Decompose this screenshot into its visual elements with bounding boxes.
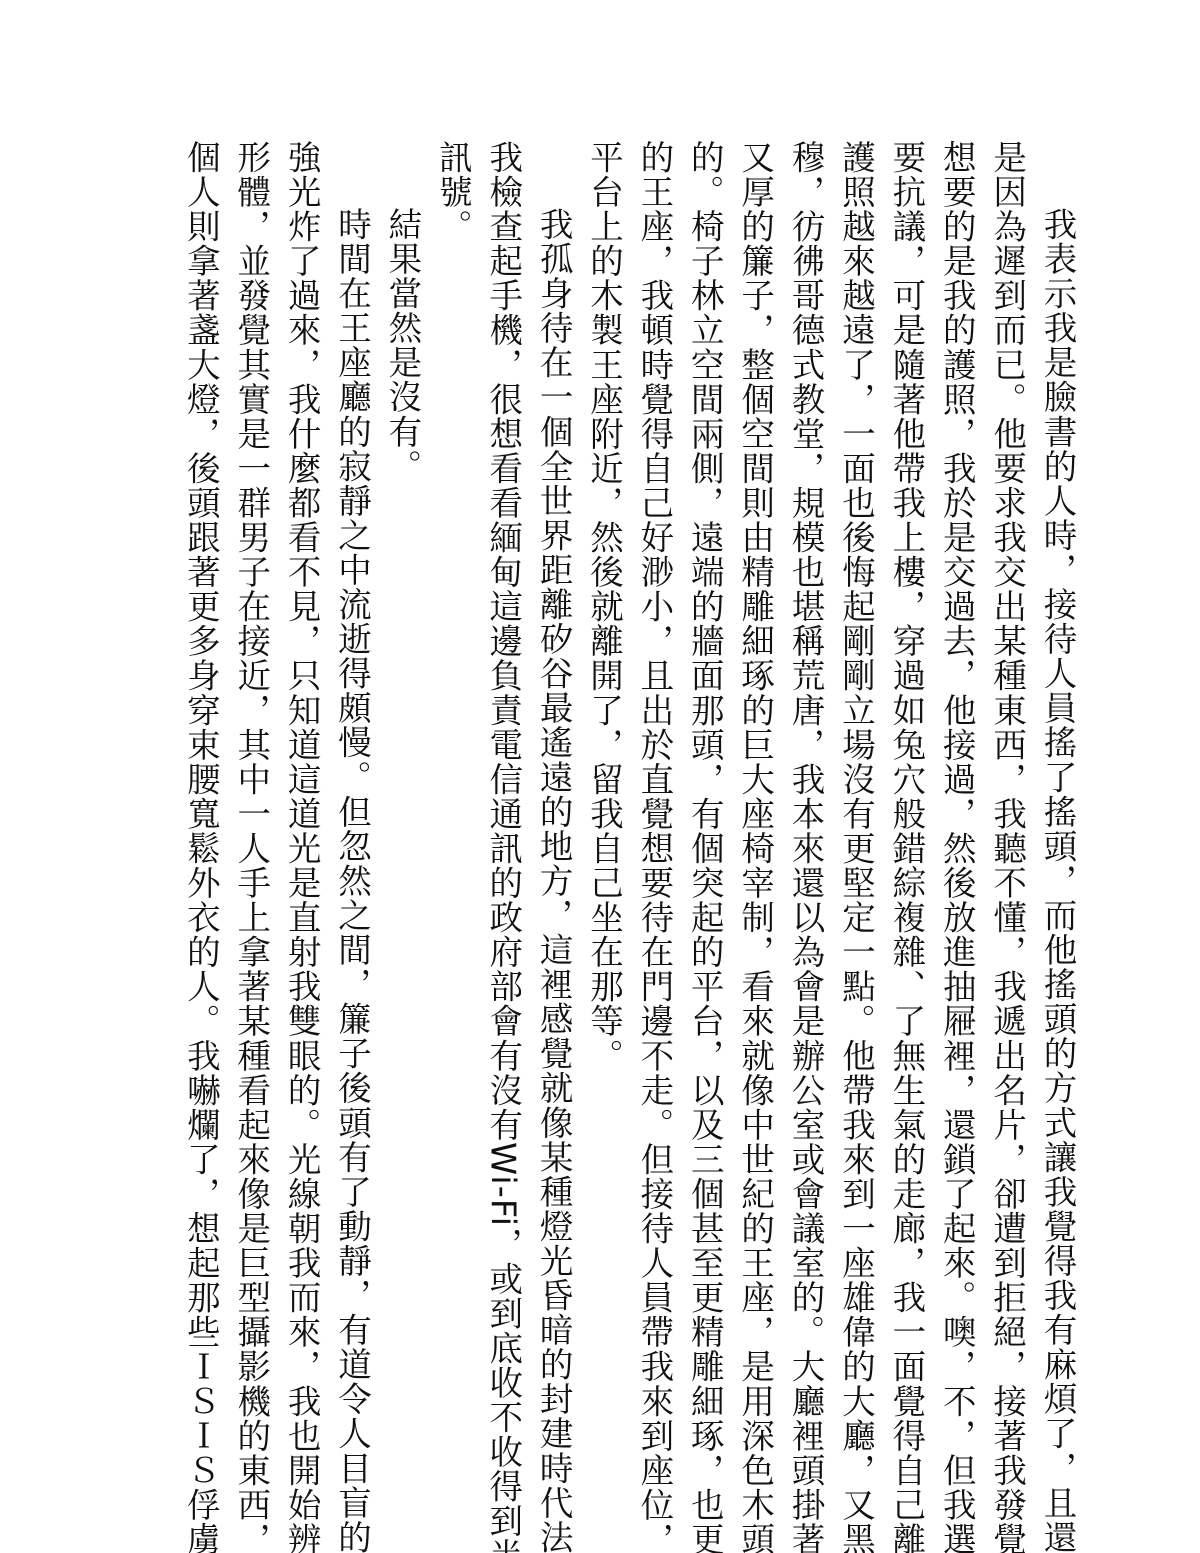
text-column: 想要的是我的護照，我於是交過去，他接過，然後放進抽屜裡，還鎖了起來。噢，不，但我…: [931, 140, 981, 1430]
text-column: 平台上的木製王座附近，然後就離開了，留我自己坐在那等。: [578, 140, 628, 1430]
text-column: 護照越來越遠了，一面也後悔起剛剛立場沒有更堅定一點。他帶我來到一座雄偉的大廳，又…: [830, 140, 880, 1430]
text-column: 時間在王座廳的寂靜之中流逝得頗慢。但忽然之間，簾子後頭有了動靜，有道令人目盲的刺…: [326, 140, 376, 1430]
text-column: 我檢查起手機，很想看看緬甸這邊負責電信通訊的政府部會有沒有Wi-Fi，或到底收不…: [477, 140, 527, 1430]
text-column: 穆，彷彿哥德式教堂，規模也堪稱荒唐，我本來還以為會是辦公室或會議室的。大廳裡頭掛…: [780, 140, 830, 1430]
text-column: 我孤身待在一個全世界距離矽谷最遙遠的地方，這裡感覺就像某種燈光昏暗的封建時代法庭…: [528, 140, 578, 1430]
text-column: 的王座，我頓時覺得自己好渺小，且出於直覺想要待在門邊不走。但接待人員帶我來到座位…: [628, 140, 678, 1430]
text-column: 訊號。: [427, 140, 477, 1430]
text-column: 是因為遲到而已。他要求我交出某種東西，我聽不懂，我遞出名片，卻遭到拒絕，接著我發…: [981, 140, 1031, 1430]
text-column: 的。椅子林立空間兩側，遠端的牆面那頭，有個突起的平台，以及三個甚至更精雕細琢，也…: [679, 140, 729, 1430]
text-column: 強光炸了過來，我什麼都看不見，只知道這道光是直射我雙眼的。光線朝我而來，我也開始…: [276, 140, 326, 1430]
text-column: 形體，並發覺其實是一群男子在接近，其中一人手上拿著某種看起來像是巨型攝影機的東西…: [225, 140, 275, 1430]
text-column: 又厚的簾子，整個空間則由精雕細琢的巨大座椅宰制，看來就像中世紀的王座，是用深色木…: [729, 140, 779, 1430]
text-column: 我表示我是臉書的人時，接待人員搖了搖頭，而他搖頭的方式讓我覺得我有麻煩了，且還不…: [1032, 140, 1082, 1430]
text-column: 結果當然是沒有。: [377, 140, 427, 1430]
vertical-text-body: 我表示我是臉書的人時，接待人員搖了搖頭，而他搖頭的方式讓我覺得我有麻煩了，且還不…: [175, 140, 1082, 1430]
text-column: 個人則拿著盞大燈，後頭跟著更多身穿束腰寬鬆外衣的人。我嚇爛了，想起那些ＩＳＩＳ俘…: [175, 140, 225, 1430]
text-column: 要抗議，可是隨著他帶我上樓，穿過如兔穴般錯綜複雜、了無生氣的走廊，我一面覺得自己…: [880, 140, 930, 1430]
book-page: 我表示我是臉書的人時，接待人員搖了搖頭，而他搖頭的方式讓我覺得我有麻煩了，且還不…: [0, 0, 1200, 1553]
